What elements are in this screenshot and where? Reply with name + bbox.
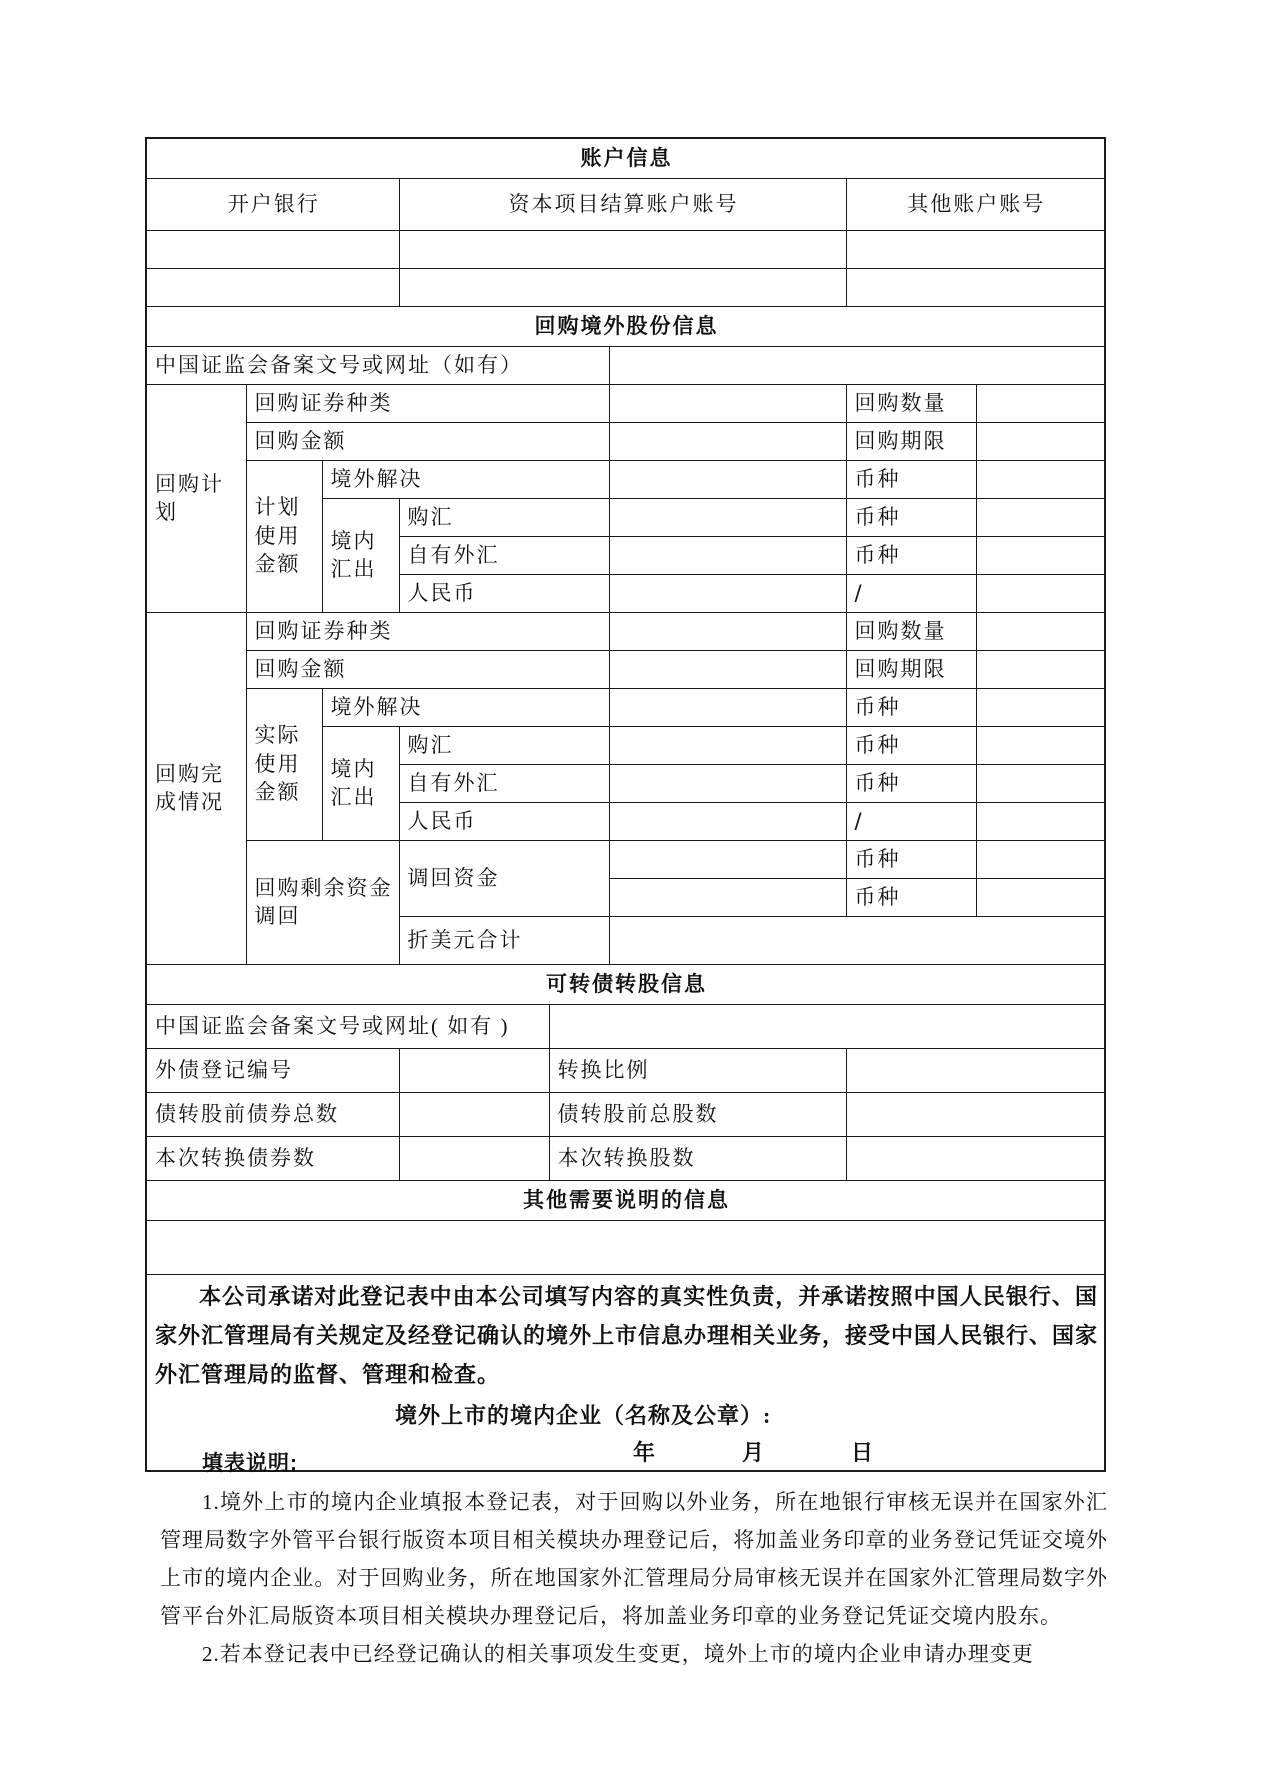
plan-overseas-settle-value: [609, 460, 846, 498]
plan-overseas-settle-label: 境外解决: [322, 460, 609, 498]
plan-security-type-label: 回购证券种类: [246, 384, 609, 422]
other-info-value-cell: [146, 1220, 1105, 1274]
account-section-title: 账户信息: [146, 138, 1105, 178]
convertible-csrc-value-cell: [549, 1004, 1105, 1048]
converted-bonds-label: 本次转换债券数: [146, 1136, 399, 1180]
recall-currency-label-1: 币种: [846, 840, 976, 878]
plan-fx-purchase-label: 购汇: [399, 498, 609, 536]
plan-overseas-currency-label: 币种: [846, 460, 976, 498]
actual-use-amount-label: 实际使用金额: [246, 688, 322, 840]
plan-use-amount-label: 计划使用金额: [246, 460, 322, 612]
completion-fx-currency-label: 币种: [846, 726, 976, 764]
other-info-section-title: 其他需要说明的信息: [146, 1180, 1105, 1220]
recall-currency-label-2: 币种: [846, 878, 976, 916]
plan-own-fx-currency-label: 币种: [846, 536, 976, 574]
converted-shares-value: [846, 1136, 1105, 1180]
plan-security-type-value: [609, 384, 846, 422]
debt-reg-number-label: 外债登记编号: [146, 1048, 399, 1092]
recall-currency-value-1: [976, 840, 1105, 878]
plan-amount-label: 回购金额: [246, 422, 609, 460]
plan-fx-currency-value: [976, 498, 1105, 536]
account-col-bank: 开户银行: [146, 178, 399, 230]
account-row1-bank-cell: [146, 230, 399, 268]
completion-overseas-settle-value: [609, 688, 846, 726]
completion-overseas-currency-label: 币种: [846, 688, 976, 726]
completion-period-value: [976, 650, 1105, 688]
plan-amount-value: [609, 422, 846, 460]
plan-rmb-label: 人民币: [399, 574, 609, 612]
plan-own-fx-currency-value: [976, 536, 1105, 574]
account-col-other: 其他账户账号: [846, 178, 1105, 230]
completion-security-type-label: 回购证券种类: [246, 612, 609, 650]
account-row2-bank-cell: [146, 268, 399, 306]
completion-period-label: 回购期限: [846, 650, 976, 688]
registration-table: 账户信息 开户银行 资本项目结算账户账号 其他账户账号 回购境外股份信息 中国证…: [145, 137, 1106, 1472]
completion-overseas-settle-label: 境外解决: [322, 688, 609, 726]
account-row1-capital-cell: [399, 230, 846, 268]
pre-conversion-bonds-label: 债转股前债券总数: [146, 1092, 399, 1136]
plan-period-value: [976, 422, 1105, 460]
plan-own-fx-value: [609, 536, 846, 574]
plan-quantity-label: 回购数量: [846, 384, 976, 422]
filling-instruction-item-2: 2.若本登记表中已经登记确认的相关事项发生变更，境外上市的境内企业申请办理变更: [160, 1635, 1108, 1673]
usd-total-label: 折美元合计: [399, 916, 609, 964]
completion-quantity-label: 回购数量: [846, 612, 976, 650]
plan-overseas-currency-value: [976, 460, 1105, 498]
plan-period-label: 回购期限: [846, 422, 976, 460]
completion-group-label: 回购完成情况: [146, 612, 246, 964]
signature-line: 境外上市的境内企业（名称及公章）:: [395, 1401, 1098, 1431]
plan-fx-currency-label: 币种: [846, 498, 976, 536]
completion-rmb-slash: /: [846, 802, 976, 840]
account-row2-capital-cell: [399, 268, 846, 306]
completion-amount-value: [609, 650, 846, 688]
completion-own-fx-value: [609, 764, 846, 802]
usd-total-value: [609, 916, 1105, 964]
completion-amount-label: 回购金额: [246, 650, 609, 688]
pre-conversion-shares-label: 债转股前总股数: [549, 1092, 846, 1136]
completion-fx-currency-value: [976, 726, 1105, 764]
completion-own-fx-currency-label: 币种: [846, 764, 976, 802]
pre-conversion-bonds-value: [399, 1092, 549, 1136]
recall-funds-value-2: [609, 878, 846, 916]
recall-funds-value-1: [609, 840, 846, 878]
account-col-capital: 资本项目结算账户账号: [399, 178, 846, 230]
completion-security-type-value: [609, 612, 846, 650]
convertible-csrc-label: 中国证监会备案文号或网址( 如有 ): [146, 1004, 549, 1048]
plan-group-label: 回购计划: [146, 384, 246, 612]
conversion-ratio-label: 转换比例: [549, 1048, 846, 1092]
repurchase-csrc-label: 中国证监会备案文号或网址（如有）: [146, 346, 609, 384]
debt-reg-number-value: [399, 1048, 549, 1092]
completion-own-fx-currency-value: [976, 764, 1105, 802]
completion-rmb-label: 人民币: [399, 802, 609, 840]
repurchase-csrc-value-cell: [609, 346, 1105, 384]
filling-instructions-title: 填表说明:: [160, 1445, 1108, 1483]
convertible-section-title: 可转债转股信息: [146, 964, 1105, 1004]
completion-rmb-value: [609, 802, 846, 840]
plan-own-fx-label: 自有外汇: [399, 536, 609, 574]
plan-rmb-value: [609, 574, 846, 612]
declaration-text: 本公司承诺对此登记表中由本公司填写内容的真实性负责，并承诺按照中国人民银行、国家…: [155, 1277, 1098, 1394]
account-row1-other-cell: [846, 230, 1105, 268]
completion-rmb-currency-value: [976, 802, 1105, 840]
account-row2-other-cell: [846, 268, 1105, 306]
plan-rmb-currency-value: [976, 574, 1105, 612]
pre-conversion-shares-value: [846, 1092, 1105, 1136]
recall-currency-value-2: [976, 878, 1105, 916]
converted-shares-label: 本次转换股数: [549, 1136, 846, 1180]
registration-form-page: 账户信息 开户银行 资本项目结算账户账号 其他账户账号 回购境外股份信息 中国证…: [0, 0, 1266, 1790]
conversion-ratio-value: [846, 1048, 1105, 1092]
completion-fx-purchase-label: 购汇: [399, 726, 609, 764]
plan-rmb-slash: /: [846, 574, 976, 612]
plan-quantity-value: [976, 384, 1105, 422]
completion-domestic-remit-label: 境内汇出: [322, 726, 399, 840]
completion-own-fx-label: 自有外汇: [399, 764, 609, 802]
declaration-cell: 本公司承诺对此登记表中由本公司填写内容的真实性负责，并承诺按照中国人民银行、国家…: [146, 1274, 1105, 1471]
completion-overseas-currency-value: [976, 688, 1105, 726]
completion-fx-purchase-value: [609, 726, 846, 764]
recall-funds-label: 调回资金: [399, 840, 609, 916]
filling-instruction-item-1: 1.境外上市的境内企业填报本登记表，对于回购以外业务，所在地银行审核无误并在国家…: [160, 1483, 1108, 1635]
filling-instructions: 填表说明: 1.境外上市的境内企业填报本登记表，对于回购以外业务，所在地银行审核…: [160, 1445, 1108, 1673]
plan-domestic-remit-label: 境内汇出: [322, 498, 399, 612]
converted-bonds-value: [399, 1136, 549, 1180]
plan-fx-purchase-value: [609, 498, 846, 536]
completion-quantity-value: [976, 612, 1105, 650]
remaining-funds-group-label: 回购剩余资金调回: [246, 840, 399, 964]
repurchase-section-title: 回购境外股份信息: [146, 306, 1105, 346]
